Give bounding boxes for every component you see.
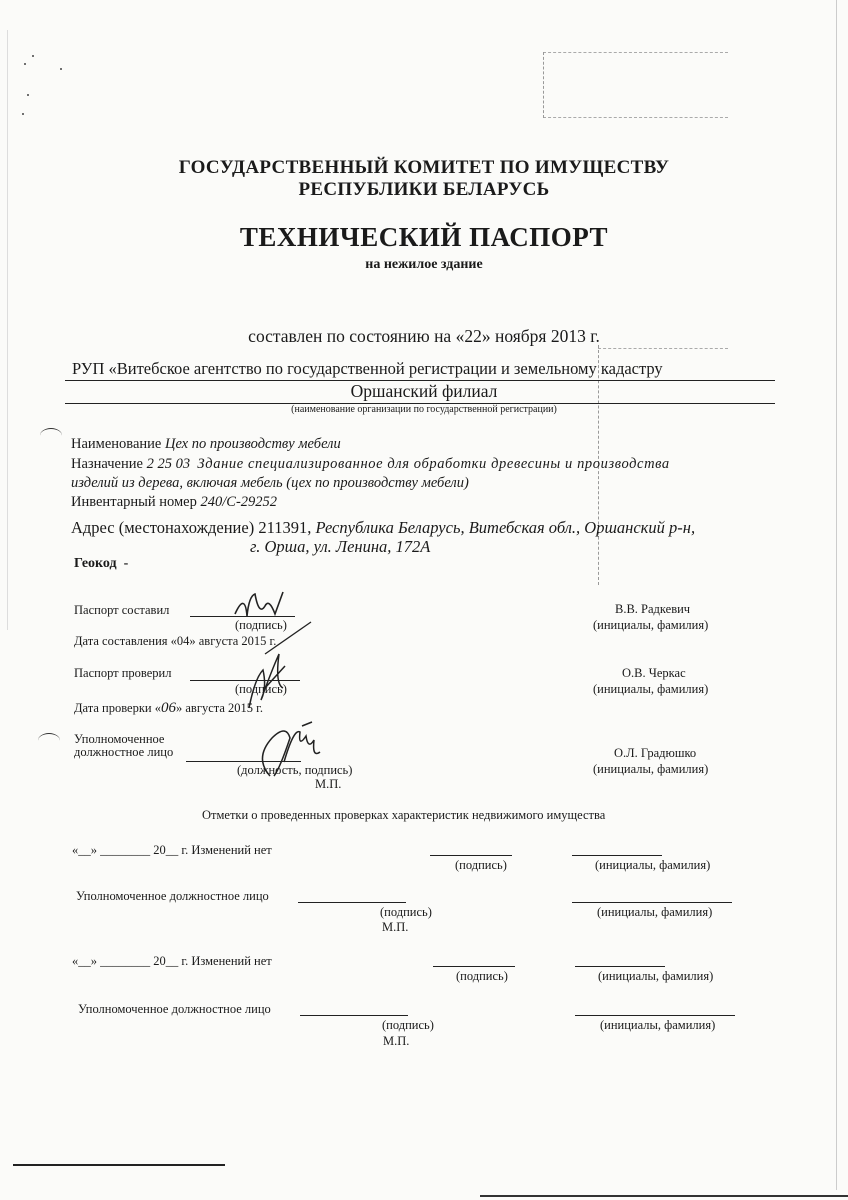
inspections-title: Отметки о проведенных проверках характер… xyxy=(202,808,605,823)
inspection-1-name-line xyxy=(572,855,662,856)
inspection-1-sign-line xyxy=(430,855,512,856)
inspection-2-name-caption: (инициалы, фамилия) xyxy=(598,969,713,984)
compiled-name-caption: (инициалы, фамилия) xyxy=(593,618,708,633)
stamp-frame-top xyxy=(598,348,728,349)
object-address-index: 211391, xyxy=(258,518,311,537)
organization-line-1: РУП «Витебское агентство по государствен… xyxy=(72,359,663,379)
document-title: ТЕХНИЧЕСКИЙ ПАСПОРТ xyxy=(0,222,848,253)
object-name-label: Наименование xyxy=(71,436,161,452)
compiled-date: Дата составления «04» августа 2015 г. xyxy=(74,634,276,649)
margin-mark xyxy=(38,733,60,748)
object-address-label: Адрес (местонахождение) xyxy=(71,518,254,537)
object-geocode-label: Геокод xyxy=(74,556,117,571)
checked-date: Дата проверки «06» августа 2015 г. xyxy=(74,700,263,717)
organization-caption: (наименование организации по государстве… xyxy=(0,404,848,415)
official-name: О.Л. Градюшко xyxy=(614,746,696,761)
inspection-2-official-label: Уполномоченное должностное лицо xyxy=(78,1002,271,1017)
inspection-2-sign-caption: (подпись) xyxy=(456,969,508,984)
object-purpose-label: Назначение xyxy=(71,456,143,472)
stamp-residue-top xyxy=(543,52,728,53)
compiled-label: Паспорт составил xyxy=(74,603,169,618)
scan-speck xyxy=(22,113,24,115)
inspection-2-official-sign-line xyxy=(300,1015,408,1016)
object-purpose-value-1: Здание специализированное для обработки … xyxy=(197,456,669,472)
committee-line-2: РЕСПУБЛИКИ БЕЛАРУСЬ xyxy=(0,179,848,201)
object-name-value: Цех по производству мебели xyxy=(165,436,341,452)
object-inventory-label: Инвентарный номер xyxy=(71,494,197,510)
scan-speck xyxy=(24,63,26,65)
object-address-row: Адрес (местонахождение) 211391, Республи… xyxy=(71,518,695,538)
object-inventory-value: 240/С-29252 xyxy=(201,494,278,510)
page-bottom-edge xyxy=(480,1195,848,1197)
inspection-1-official-stamp: М.П. xyxy=(382,920,408,935)
official-name-caption: (инициалы, фамилия) xyxy=(593,762,708,777)
inspection-2-official-name-caption: (инициалы, фамилия) xyxy=(600,1018,715,1033)
state-date: составлен по состоянию на «22» ноября 20… xyxy=(0,326,848,347)
compiled-name: В.В. Радкевич xyxy=(615,602,690,617)
scan-speck xyxy=(27,94,29,96)
checked-date-prefix: Дата проверки « xyxy=(74,701,161,715)
inspection-2-date: «__» ________ 20__ г. Изменений нет xyxy=(72,954,272,969)
scan-speck xyxy=(32,55,34,57)
checked-name: О.В. Черкас xyxy=(622,666,686,681)
checked-signature-caption: (подпись) xyxy=(235,682,287,697)
footnote-rule xyxy=(13,1164,225,1166)
object-purpose-value-2: изделий из дерева, включая мебель (цех п… xyxy=(71,475,469,492)
checked-label: Паспорт проверил xyxy=(74,666,171,681)
object-address-value-1: Республика Беларусь, Витебская обл., Орш… xyxy=(315,518,695,537)
inspection-2-sign-line xyxy=(433,966,515,967)
inspection-2-official-stamp: М.П. xyxy=(383,1034,409,1049)
object-address-value-2: г. Орша, ул. Ленина, 172А xyxy=(250,537,430,557)
scan-speck xyxy=(60,68,62,70)
inspection-1-sign-caption: (подпись) xyxy=(455,858,507,873)
official-signature-caption: (должность, подпись) xyxy=(237,763,352,778)
official-stamp-label: М.П. xyxy=(315,777,341,792)
official-label-2: должностное лицо xyxy=(74,745,173,760)
inspection-2-official-name-line xyxy=(575,1015,735,1016)
checked-date-suffix: » августа 2015 г. xyxy=(176,701,263,715)
inspection-2-name-line xyxy=(575,966,665,967)
object-name-row: Наименование Цех по производству мебели xyxy=(71,436,341,453)
object-inventory-row: Инвентарный номер 240/С-29252 xyxy=(71,494,277,511)
checked-date-day: 06 xyxy=(161,700,176,716)
object-geocode-row: Геокод - xyxy=(74,556,128,572)
compiled-signature-caption: (подпись) xyxy=(235,618,287,633)
object-purpose-row: Назначение 2 25 03 Здание специализирова… xyxy=(71,456,670,473)
inspection-1-official-name-line xyxy=(572,902,732,903)
margin-mark xyxy=(40,428,62,443)
committee-line-1: ГОСУДАРСТВЕННЫЙ КОМИТЕТ ПО ИМУЩЕСТВУ xyxy=(0,157,848,179)
organization-line-2: Оршанский филиал xyxy=(0,381,848,402)
inspection-1-official-sign-caption: (подпись) xyxy=(380,905,432,920)
inspection-1-official-sign-line xyxy=(298,902,406,903)
inspection-1-official-label: Уполномоченное должностное лицо xyxy=(76,889,269,904)
object-purpose-code: 2 25 03 xyxy=(147,456,191,472)
inspection-1-official-name-caption: (инициалы, фамилия) xyxy=(597,905,712,920)
inspection-1-name-caption: (инициалы, фамилия) xyxy=(595,858,710,873)
inspection-1-date: «__» ________ 20__ г. Изменений нет xyxy=(72,843,272,858)
stamp-residue-left xyxy=(543,52,544,118)
inspection-2-official-sign-caption: (подпись) xyxy=(382,1018,434,1033)
document-subtitle: на нежилое здание xyxy=(0,257,848,273)
stamp-residue-bottom xyxy=(543,117,728,118)
checked-name-caption: (инициалы, фамилия) xyxy=(593,682,708,697)
object-geocode-value: - xyxy=(124,556,129,571)
